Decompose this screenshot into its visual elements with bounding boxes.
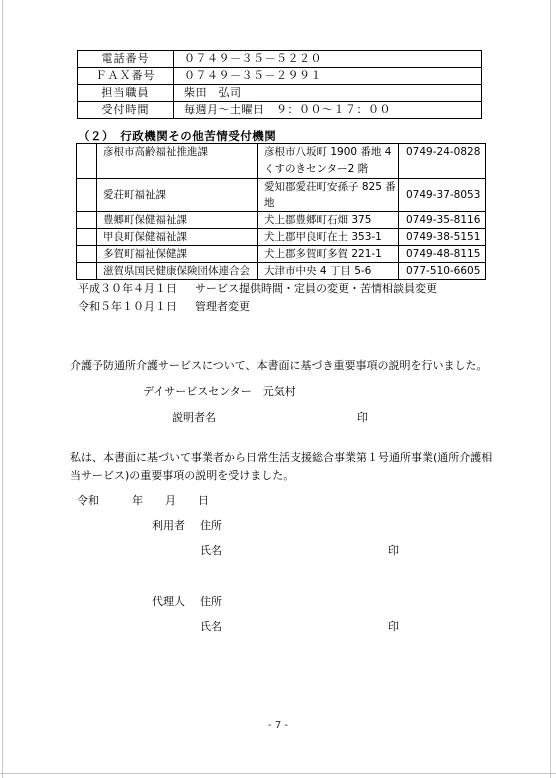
agency-address: 彦根市八坂町 1900 番地 4 くすのきセンター2 階 [258, 144, 399, 179]
agencies-table: 彦根市高齢福祉推進課 彦根市八坂町 1900 番地 4 くすのきセンター2 階 … [76, 143, 486, 280]
agency-address-line1: 彦根市八坂町 1900 番地 4 [264, 144, 398, 161]
agency-address: 大津市中央 4 丁目 5-6 [258, 263, 399, 280]
blank-cell [77, 229, 97, 246]
agency-name: 多賀町福祉保健課 [97, 246, 258, 263]
table-row: 豊郷町保健福祉課 犬上郡豊郷町石畑 375 0749-35-8116 [77, 212, 486, 229]
address-label: 住所 [200, 520, 222, 532]
history-event: サービス提供時間・定員の変更・苦情相談員変更 [195, 283, 437, 295]
date-blank-line: 令和 年 月 日 [77, 495, 209, 507]
agent-label: 代理人 [152, 596, 185, 608]
explainer-name-label: 説明者名 [172, 412, 216, 424]
table-row: 担当職員 柴田 弘司 [78, 85, 482, 102]
blank-cell [77, 144, 97, 179]
blank-cell [77, 212, 97, 229]
agency-phone: 0749-35-8116 [399, 212, 486, 229]
history-date: 平成３０年４月１日 [78, 283, 177, 295]
agency-name: 豊郷町保健福祉課 [97, 212, 258, 229]
contact-info-table: 電話番号 ０７４９－３５－５２２０ ＦＡＸ番号 ０７４９－３５－２９９１ 担当職… [77, 50, 482, 119]
name-label: 氏名 [200, 545, 222, 557]
agency-phone: 077-510-6605 [399, 263, 486, 280]
ack-statement-line2: 当サービス)の重要事項の説明を受けました。 [70, 470, 294, 482]
history-event: 管理者変更 [195, 301, 250, 313]
table-row: 甲良町保健福祉課 犬上郡甲良町在土 353-1 0749-38-5151 [77, 229, 486, 246]
document-page: 電話番号 ０７４９－３５－５２２０ ＦＡＸ番号 ０７４９－３５－２９９１ 担当職… [0, 0, 556, 778]
agency-name: 愛荘町福祉課 [97, 179, 258, 212]
page-edge-right [550, 0, 551, 778]
address-label: 住所 [200, 596, 222, 608]
page-edge-bottom [0, 773, 556, 774]
table-row: ＦＡＸ番号 ０７４９－３５－２９９１ [78, 68, 482, 85]
field-label: 電話番号 [78, 51, 174, 68]
field-label: 担当職員 [78, 85, 174, 102]
blank-cell [77, 179, 97, 212]
agency-address: 犬上郡多賀町多賀 221-1 [258, 246, 399, 263]
user-label: 利用者 [152, 520, 185, 532]
history-date: 令和５年１０月１日 [78, 301, 177, 313]
field-value: 柴田 弘司 [174, 85, 482, 102]
agency-phone: 0749-24-0828 [399, 144, 486, 179]
facility-name: デイサービスセンター 元気村 [143, 386, 296, 398]
agency-address: 犬上郡豊郷町石畑 375 [258, 212, 399, 229]
page-number: - 7 - [0, 720, 556, 731]
field-value: ０７４９－３５－５２２０ [174, 51, 482, 68]
table-row: 受付時間 毎週月～土曜日 ９：００～１７：００ [78, 102, 482, 119]
table-row: 滋賀県国民健康保険団体連合会 大津市中央 4 丁目 5-6 077-510-66… [77, 263, 486, 280]
field-label: ＦＡＸ番号 [78, 68, 174, 85]
agency-phone: 0749-37-8053 [399, 179, 486, 212]
agency-name: 彦根市高齢福祉推進課 [97, 144, 258, 179]
agency-phone: 0749-38-5151 [399, 229, 486, 246]
seal-mark: 印 [357, 412, 368, 424]
agency-name: 滋賀県国民健康保険団体連合会 [97, 263, 258, 280]
agency-phone: 0749-48-8115 [399, 246, 486, 263]
blank-cell [77, 246, 97, 263]
seal-mark: 印 [388, 545, 399, 557]
table-row: 彦根市高齢福祉推進課 彦根市八坂町 1900 番地 4 くすのきセンター2 階 … [77, 144, 486, 179]
table-row: 愛荘町福祉課 愛知郡愛荘町安孫子 825 番地 0749-37-8053 [77, 179, 486, 212]
agency-address: 犬上郡甲良町在土 353-1 [258, 229, 399, 246]
name-label: 氏名 [200, 621, 222, 633]
seal-mark: 印 [388, 621, 399, 633]
explanation-statement: 介護予防通所介護サービスについて、本書面に基づき重要事項の説明を行いました。 [70, 360, 488, 372]
agency-address-line2: くすのきセンター2 階 [264, 161, 398, 178]
field-label: 受付時間 [78, 102, 174, 119]
section-heading: （２） 行政機関その他苦情受付機関 [78, 128, 276, 144]
table-row: 多賀町福祉保健課 犬上郡多賀町多賀 221-1 0749-48-8115 [77, 246, 486, 263]
blank-cell [77, 263, 97, 280]
field-value: ０７４９－３５－２９９１ [174, 68, 482, 85]
agency-name: 甲良町保健福祉課 [97, 229, 258, 246]
agency-address: 愛知郡愛荘町安孫子 825 番地 [258, 179, 399, 212]
table-row: 電話番号 ０７４９－３５－５２２０ [78, 51, 482, 68]
field-value: 毎週月～土曜日 ９：００～１７：００ [174, 102, 482, 119]
page-edge-left [2, 0, 3, 778]
ack-statement-line1: 私は、本書面に基づいて事業者から日常生活支援総合事業第１号通所事業(通所介護相 [70, 452, 492, 464]
